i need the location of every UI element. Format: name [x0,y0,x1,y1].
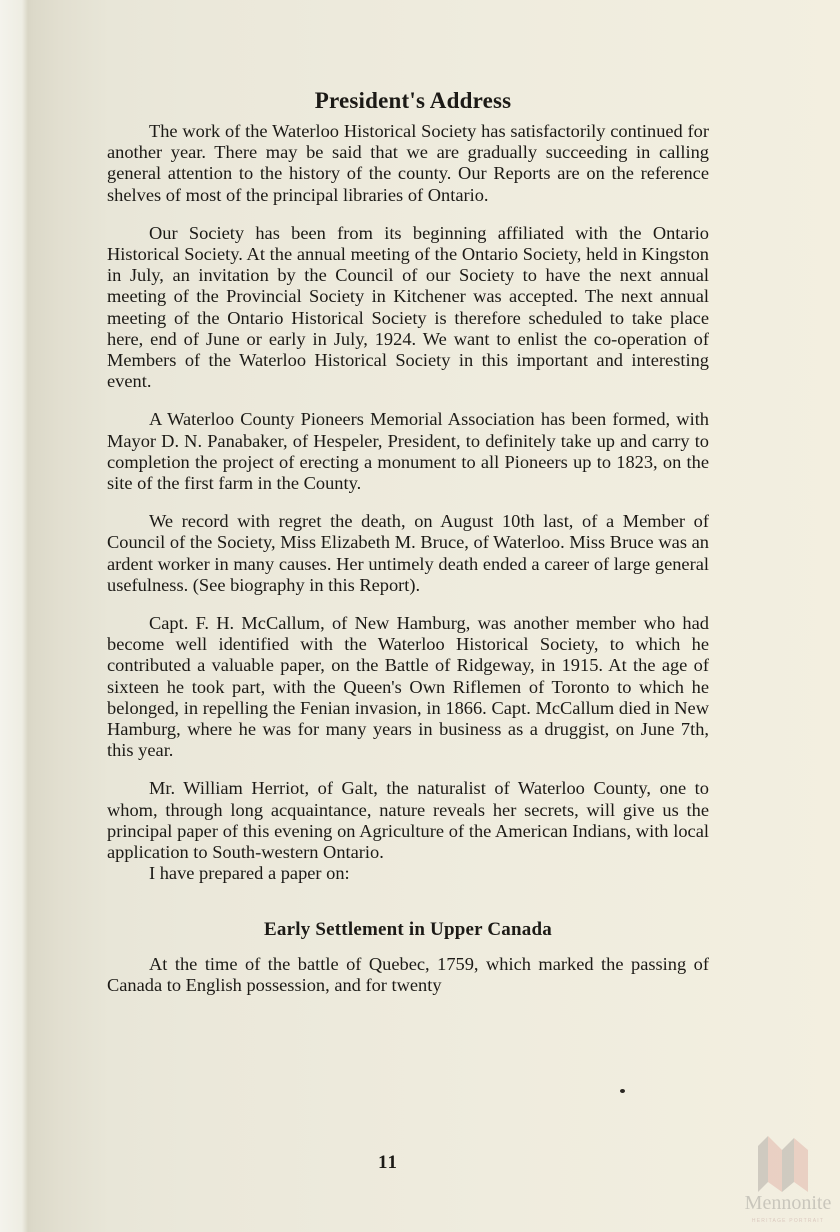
paragraph-memorial-association: A Waterloo County Pioneers Memorial Asso… [107,409,709,494]
paragraph-quebec: At the time of the battle of Quebec, 175… [107,954,709,996]
mennonite-heritage-watermark: Mennonite HERITAGE PORTRAIT [736,1134,840,1232]
page-title: President's Address [107,88,709,114]
paragraph-affiliation: Our Society has been from its beginning … [107,223,709,393]
watermark-title: Mennonite [736,1192,840,1215]
watermark-subtitle: HERITAGE PORTRAIT [736,1218,840,1224]
mennonite-logo-icon [736,1134,840,1194]
paragraph-herriot: Mr. William Herriot, of Galt, the natura… [107,778,709,863]
paragraph-mccallum-obituary: Capt. F. H. McCallum, of New Hamburg, wa… [107,613,709,761]
paragraph-prepared-paper: I have prepared a paper on: [107,863,709,884]
paragraph-intro: The work of the Waterloo Historical Soci… [107,121,709,206]
paragraph-bruce-obituary: We record with regret the death, on Augu… [107,511,709,596]
page-number: 11 [378,1152,398,1174]
ink-speck [620,1089,625,1093]
section-heading: Early Settlement in Upper Canada [107,919,709,941]
page-body: President's Address The work of the Wate… [107,88,709,996]
scanned-book-page: President's Address The work of the Wate… [0,0,840,1232]
